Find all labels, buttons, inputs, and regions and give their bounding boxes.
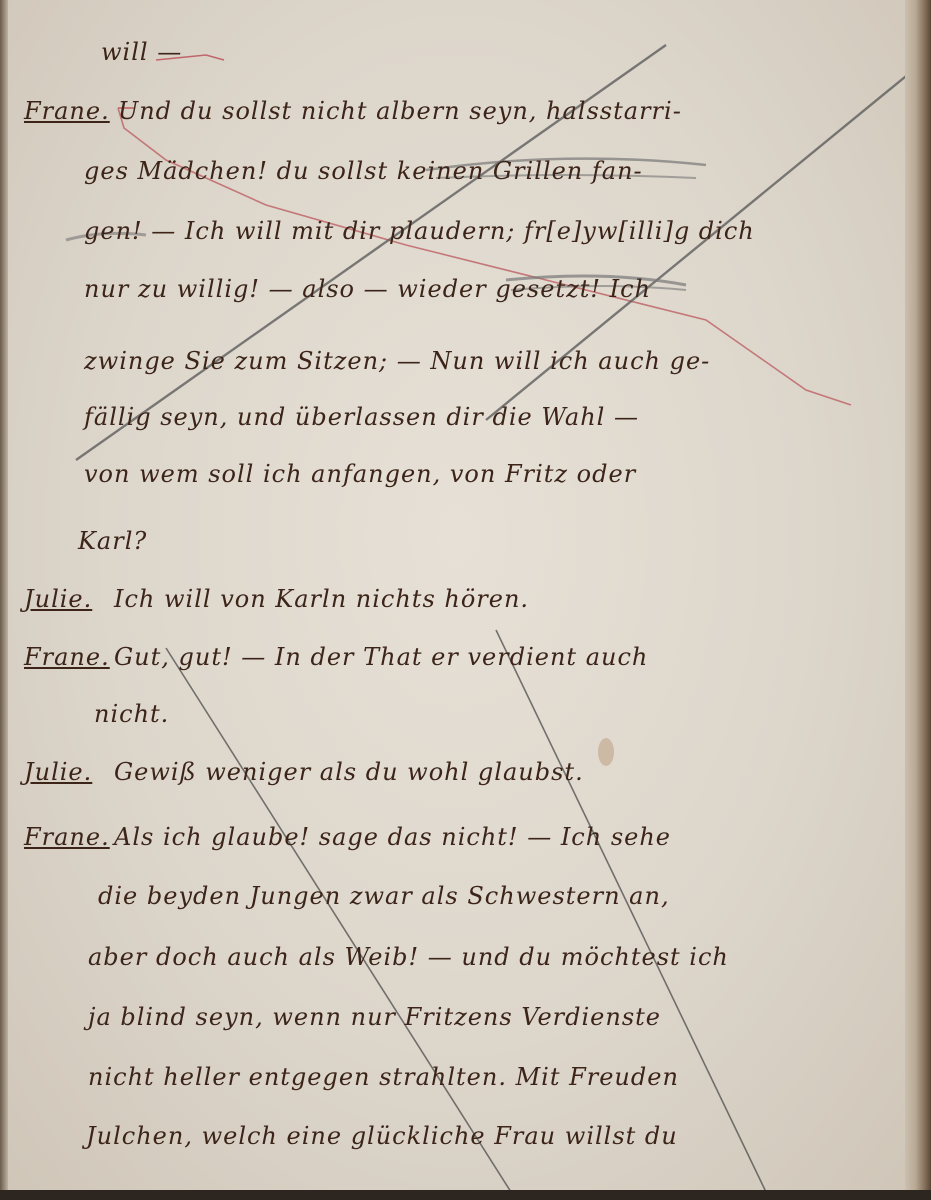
- book-bottom-edge: [0, 1190, 931, 1200]
- book-left-edge: [0, 0, 8, 1200]
- line-text: fällig seyn, und überlassen dir die Wahl…: [84, 403, 639, 431]
- line-text: ja blind seyn, wenn nur Fritzens Verdien…: [88, 1003, 661, 1031]
- line-text: Gewiß weniger als du wohl glaubst.: [114, 758, 584, 786]
- speaker-label: Julie.: [24, 585, 92, 613]
- line-text: zwinge Sie zum Sitzen; — Nun will ich au…: [84, 347, 710, 375]
- speaker-label: Julie.: [24, 758, 92, 786]
- line-text: gen! — Ich will mit dir plaudern; fr[e]y…: [84, 217, 755, 245]
- book-right-edge: [905, 0, 931, 1200]
- line-text: Ich will von Karln nichts hören.: [114, 585, 529, 613]
- line-text: die beyden Jungen zwar als Schwestern an…: [98, 882, 670, 910]
- line-text: nicht heller entgegen strahlten. Mit Fre…: [88, 1063, 679, 1091]
- line-text: von wem soll ich anfangen, von Fritz ode…: [84, 460, 636, 488]
- speaker-label: Frane.: [24, 643, 110, 671]
- line-text: Karl?: [78, 527, 147, 555]
- manuscript-page: will — Frane. Und du sollst nicht albern…: [6, 0, 911, 1192]
- line-text: Julchen, welch eine glückliche Frau will…: [86, 1122, 678, 1150]
- line-text: nur zu willig! — also — wieder gesetzt! …: [84, 275, 651, 303]
- line-text: aber doch auch als Weib! — und du möchte…: [88, 943, 729, 971]
- speaker-label: Frane.: [24, 823, 110, 851]
- line-text: will —: [101, 38, 182, 66]
- line-text: nicht.: [94, 700, 169, 728]
- line-text: Als ich glaube! sage das nicht! — Ich se…: [114, 823, 671, 851]
- line-text: Gut, gut! — In der That er verdient auch: [114, 643, 648, 671]
- speaker-label: Frane.: [24, 97, 110, 125]
- line-text: ges Mädchen! du sollst keinen Grillen fa…: [84, 157, 643, 185]
- line-text: Und du sollst nicht albern seyn, halssta…: [118, 97, 682, 125]
